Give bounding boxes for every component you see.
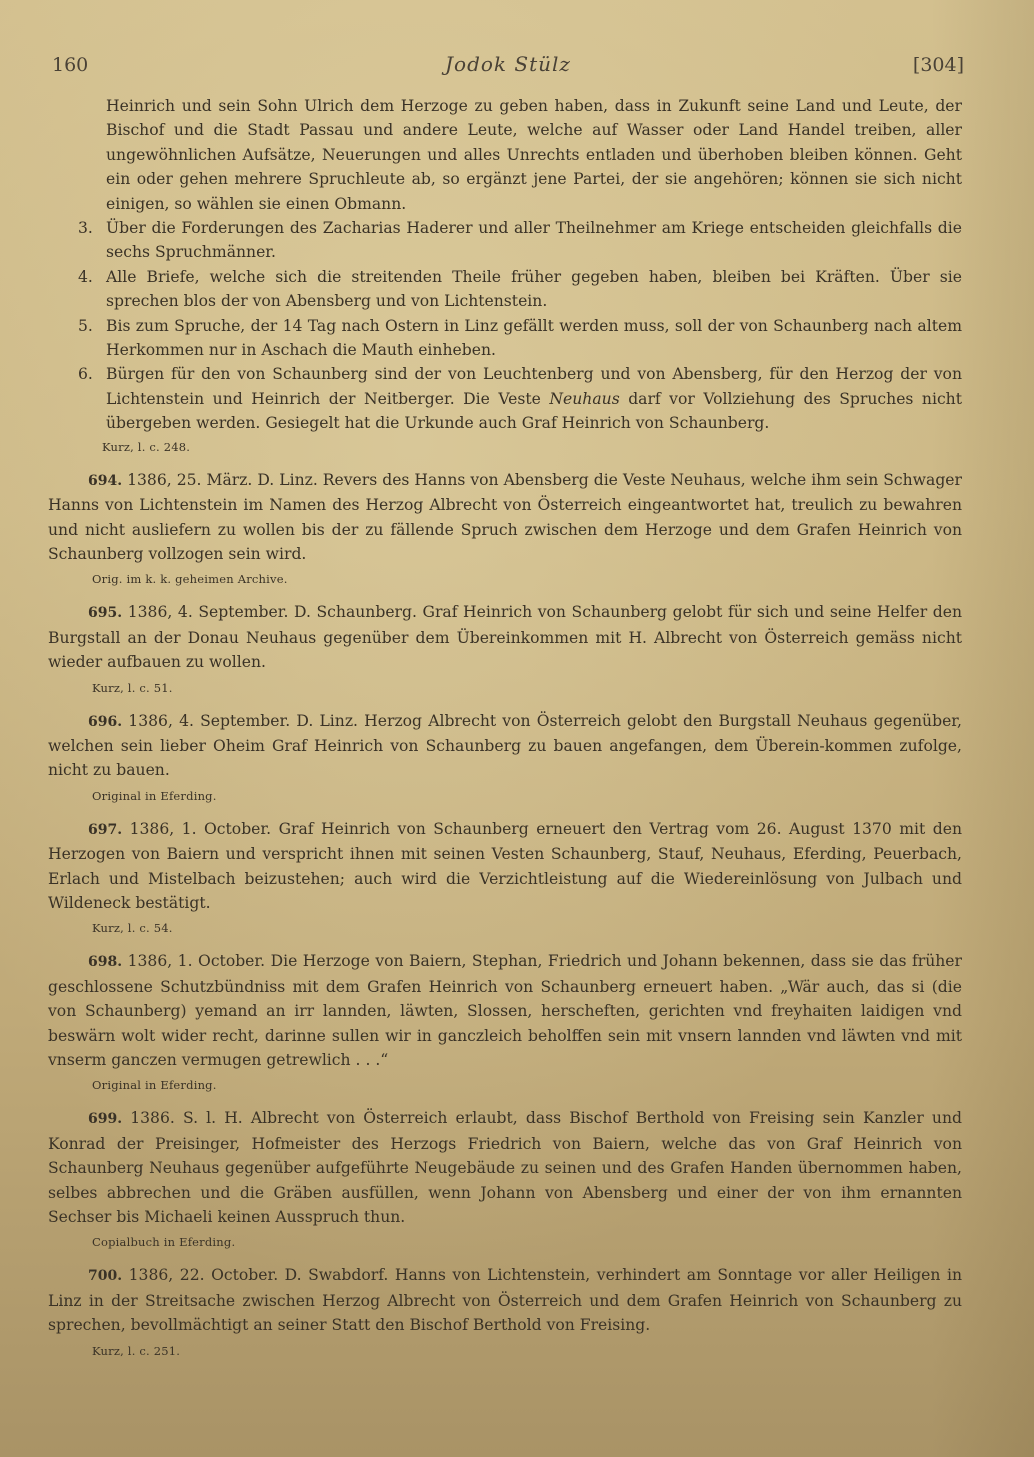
list-item-number: 4.: [78, 265, 93, 289]
entry-number: 695.: [88, 605, 122, 621]
continued-paragraph: Heinrich und sein Sohn Ulrich dem Herzog…: [48, 94, 962, 216]
source-citation: Copialbuch in Eferding.: [92, 1233, 962, 1251]
source-citation: Kurz, l. c. 251.: [92, 1342, 962, 1360]
entry-number: 698.: [88, 954, 122, 970]
entry-text: 1386, 1. October. Graf Heinrich von Scha…: [48, 820, 962, 912]
list-item: 5. Bis zum Spruche, der 14 Tag nach Oste…: [48, 314, 962, 363]
list-item: 4. Alle Briefe, welche sich die streiten…: [48, 265, 962, 314]
entry-number: 699.: [88, 1111, 122, 1127]
italic-place-name: Neuhaus: [549, 390, 619, 408]
list-item-text: Über die Forderungen des Zacharias Hader…: [106, 219, 962, 261]
list-item-text: Bis zum Spruche, der 14 Tag nach Ostern …: [106, 317, 962, 359]
entry-number: 696.: [88, 714, 122, 730]
entry-694: 694. 1386, 25. März. D. Linz. Revers des…: [48, 468, 962, 589]
source-citation: Orig. im k. k. geheimen Archive.: [92, 570, 962, 588]
source-citation: Kurz, l. c. 248.: [102, 438, 962, 456]
page-body: Heinrich und sein Sohn Ulrich dem Herzog…: [48, 94, 962, 1360]
entry-text: 1386. S. l. H. Albrecht von Österreich e…: [48, 1109, 962, 1226]
entry-text: 1386, 22. October. D. Swabdorf. Hanns vo…: [48, 1266, 962, 1334]
page-header: 160 Jodok Stülz [304]: [52, 52, 964, 82]
list-item-number: 3.: [78, 216, 93, 240]
entry-number: 700.: [88, 1268, 122, 1284]
entry-700: 700. 1386, 22. October. D. Swabdorf. Han…: [48, 1263, 962, 1359]
list-item: 6. Bürgen für den von Schaunberg sind de…: [48, 362, 962, 435]
entry-text: 1386, 25. März. D. Linz. Revers des Hann…: [48, 471, 962, 563]
original-page-number: [304]: [913, 54, 964, 76]
list-item-text: Bürgen für den von Schaunberg sind der v…: [106, 365, 962, 432]
entry-text: 1386, 4. September. D. Schaunberg. Graf …: [48, 603, 962, 671]
source-citation: Kurz, l. c. 54.: [92, 919, 962, 937]
list-item-number: 6.: [78, 362, 93, 386]
list-item-number: 5.: [78, 314, 93, 338]
entry-698: 698. 1386, 1. October. Die Herzoge von B…: [48, 949, 962, 1094]
entry-695: 695. 1386, 4. September. D. Schaunberg. …: [48, 600, 962, 696]
book-page: 160 Jodok Stülz [304] Heinrich und sein …: [0, 0, 1034, 1457]
entry-text: 1386, 4. September. D. Linz. Herzog Albr…: [48, 712, 962, 780]
entry-696: 696. 1386, 4. September. D. Linz. Herzog…: [48, 709, 962, 805]
running-title: Jodok Stülz: [52, 52, 964, 76]
entry-699: 699. 1386. S. l. H. Albrecht von Österre…: [48, 1106, 962, 1251]
entry-text: 1386, 1. October. Die Herzoge von Baiern…: [48, 952, 962, 1069]
source-citation: Original in Eferding.: [92, 1076, 962, 1094]
list-item-text: Alle Briefe, welche sich die streitenden…: [106, 268, 962, 310]
entry-number: 694.: [88, 473, 122, 489]
entry-number: 697.: [88, 822, 122, 838]
source-citation: Kurz, l. c. 51.: [92, 679, 962, 697]
list-item: 3. Über die Forderungen des Zacharias Ha…: [48, 216, 962, 265]
entry-697: 697. 1386, 1. October. Graf Heinrich von…: [48, 817, 962, 938]
numbered-list: 3. Über die Forderungen des Zacharias Ha…: [48, 216, 962, 436]
source-citation: Original in Eferding.: [92, 787, 962, 805]
